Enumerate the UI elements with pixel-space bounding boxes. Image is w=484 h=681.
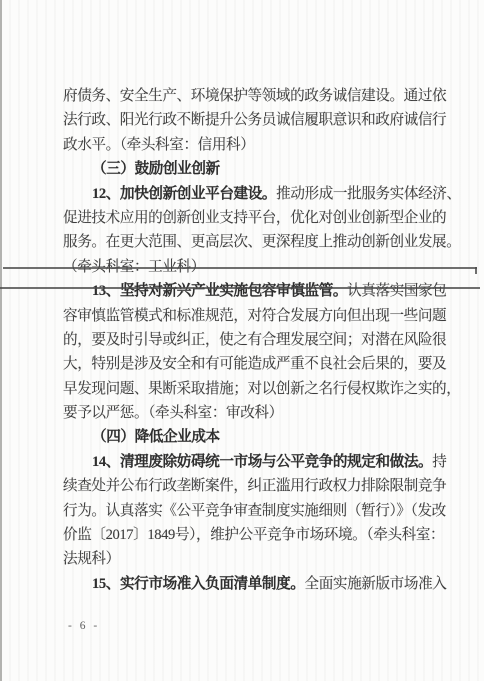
scan-artifact-horizontal-line-bottom [0,287,480,289]
text-segment: 行为。认真落实《公平竞争审查制度实施细则（暂行）》（发改 [63,503,446,519]
text-line-10: 容审慎监管模式和标准规范，对符合发展方向但出现一些问题 [63,304,449,328]
text-line-14: 要予以严惩。（牵头科室：审改科） [63,401,449,425]
text-line-9: 13、坚持对新兴产业实施包容审慎监管。认真落实国家包 [63,279,449,303]
text-segment: 推动形成一批服务实体经济、 [276,186,461,202]
text-segment-bold: （四）降低企业成本 [92,429,220,445]
text-segment: 续查处并公布行政垄断案件，纠正滥用行政权力排除限制竞争 [63,478,446,494]
text-line-6: 促进技术应用的创新创业支持平台，优化对创业创新型企业的 [63,206,449,230]
text-segment: 价监〔2017〕1849号），维护公平竞争市场环境。（牵头科室： [63,527,444,543]
text-segment: 容审慎监管模式和标准规范，对符合发展方向但出现一些问题 [63,308,446,324]
text-segment: 早发现问题、果断采取措施；对以创新之名行侵权欺诈之实的， [63,381,460,397]
text-line-21: 15、实行市场准入负面清单制度。全面实施新版市场准入 [63,572,449,596]
text-line-18: 行为。认真落实《公平竞争审查制度实施细则（暂行）》（发改 [63,499,449,523]
text-line-3: 政水平。（牵头科室：信用科） [63,133,449,157]
text-segment: 服务。在更大范围、更高层次、更深程度上推动创新创业发展。 [63,234,460,250]
text-segment: 法规科） [63,551,120,567]
text-segment: 大，特别是涉及安全和有可能造成严重不良社会后果的，要及 [63,356,446,372]
text-segment-bold: 14、清理废除妨碍统一市场与公平竞争的规定和做法。 [92,454,432,470]
text-line-12: 大，特别是涉及安全和有可能造成严重不良社会后果的，要及 [63,352,449,376]
text-segment: 认真落实国家包 [347,283,446,299]
text-line-11: 的，要及时引导或纠正，使之有合理发展空间；对潜在风险很 [63,328,449,352]
text-line-1: 府债务、安全生产、环境保护等领域的政务诚信建设。通过依 [63,84,449,108]
text-segment: 要予以严惩。（牵头科室：审改科） [63,405,283,421]
text-segment: 促进技术应用的创新创业支持平台，优化对创业创新型企业的 [63,210,446,226]
text-line-15: （四）降低企业成本 [63,425,449,449]
text-segment: 法行政、阳光行政不断提升公务员诚信履职意识和政府诚信行 [63,112,446,128]
text-line-16: 14、清理废除妨碍统一市场与公平竞争的规定和做法。持 [63,450,449,474]
scan-artifact-horizontal-line-top [3,267,477,269]
text-segment: 政水平。（牵头科室：信用科） [63,137,254,153]
text-line-2: 法行政、阳光行政不断提升公务员诚信履职意识和政府诚信行 [63,108,449,132]
text-segment: 持 [432,454,446,470]
text-segment-bold: （三）鼓励创业创新 [92,161,220,177]
text-line-20: 法规科） [63,547,449,571]
page-number: - 6 - [68,620,100,632]
text-line-17: 续查处并公布行政垄断案件，纠正滥用行政权力排除限制竞争 [63,474,449,498]
text-line-19: 价监〔2017〕1849号），维护公平竞争市场环境。（牵头科室： [63,523,449,547]
text-line-13: 早发现问题、果断采取措施；对以创新之名行侵权欺诈之实的， [63,377,449,401]
text-segment: 府债务、安全生产、环境保护等领域的政务诚信建设。通过依 [63,88,446,104]
page-left-edge-line [0,0,2,681]
text-line-4: （三）鼓励创业创新 [63,157,449,181]
text-segment-bold: 13、坚持对新兴产业实施包容审慎监管。 [92,283,347,299]
scan-artifact-line-end-tick [475,267,477,274]
text-line-7: 服务。在更大范围、更高层次、更深程度上推动创新创业发展。 [63,230,449,254]
text-line-5: 12、加快创新创业平台建设。推动形成一批服务实体经济、 [63,182,449,206]
text-segment: 全面实施新版市场准入 [305,576,447,592]
text-segment-bold: 12、加快创新创业平台建设。 [92,186,276,202]
scanned-document-page: 府债务、安全生产、环境保护等领域的政务诚信建设。通过依法行政、阳光行政不断提升公… [0,0,484,681]
document-body-text: 府债务、安全生产、环境保护等领域的政务诚信建设。通过依法行政、阳光行政不断提升公… [63,84,449,596]
text-segment-bold: 15、实行市场准入负面清单制度。 [92,576,305,592]
text-segment: 的，要及时引导或纠正，使之有合理发展空间；对潜在风险很 [63,332,446,348]
